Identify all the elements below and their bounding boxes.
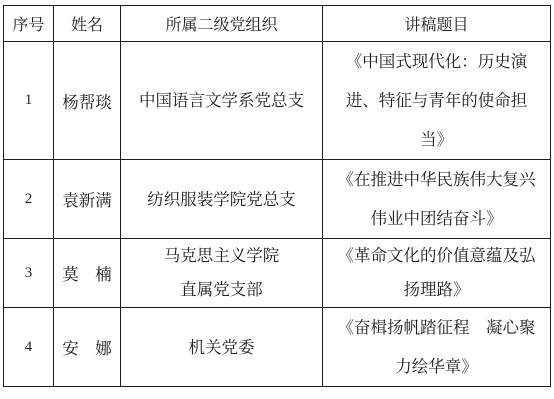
- table-row: 3 莫 楠 马克思主义学院 直属党支部 《革命文化的价值意蕴及弘 扬理路》: [4, 239, 551, 308]
- header-title: 讲稿题目: [323, 6, 551, 42]
- cell-org: 纺织服装学院党总支: [121, 160, 323, 239]
- org-line: 中国语言文学系党总支: [121, 81, 322, 120]
- title-line: 《奋楫扬帆踏征程 凝心聚: [323, 308, 550, 347]
- title-line: 《革命文化的价值意蕴及弘: [323, 239, 550, 273]
- org-line: 机关党委: [121, 328, 322, 367]
- cell-no: 1: [4, 42, 54, 160]
- cell-name: 袁新满: [54, 160, 121, 239]
- cell-title: 《中国式现代化：历史演 进、特征与青年的使命担 当》: [323, 42, 551, 160]
- org-line: 直属党支部: [121, 273, 322, 307]
- title-line: 进、特征与青年的使命担: [323, 81, 550, 120]
- cell-org: 马克思主义学院 直属党支部: [121, 239, 323, 308]
- cell-no: 4: [4, 308, 54, 387]
- title-line: 《在推进中华民族伟大复兴: [323, 160, 550, 199]
- cell-no: 3: [4, 239, 54, 308]
- table-row: 2 袁新满 纺织服装学院党总支 《在推进中华民族伟大复兴 伟业中团结奋斗》: [4, 160, 551, 239]
- title-line: 力绘华章》: [323, 347, 550, 386]
- cell-title: 《在推进中华民族伟大复兴 伟业中团结奋斗》: [323, 160, 551, 239]
- cell-title: 《奋楫扬帆踏征程 凝心聚 力绘华章》: [323, 308, 551, 387]
- cell-org: 中国语言文学系党总支: [121, 42, 323, 160]
- cell-org: 机关党委: [121, 308, 323, 387]
- org-line: 马克思主义学院: [121, 239, 322, 273]
- title-line: 扬理路》: [323, 273, 550, 307]
- table-header-row: 序号 姓名 所属二级党组织 讲稿题目: [4, 6, 551, 42]
- cell-title: 《革命文化的价值意蕴及弘 扬理路》: [323, 239, 551, 308]
- speech-roster-table: 序号 姓名 所属二级党组织 讲稿题目 1 杨帮琰 中国语言文学系党总支 《中国式…: [3, 5, 551, 387]
- cell-name: 莫 楠: [54, 239, 121, 308]
- cell-name: 安 娜: [54, 308, 121, 387]
- title-line: 当》: [323, 120, 550, 159]
- header-org: 所属二级党组织: [121, 6, 323, 42]
- table-row: 4 安 娜 机关党委 《奋楫扬帆踏征程 凝心聚 力绘华章》: [4, 308, 551, 387]
- cell-name: 杨帮琰: [54, 42, 121, 160]
- table-row: 1 杨帮琰 中国语言文学系党总支 《中国式现代化：历史演 进、特征与青年的使命担…: [4, 42, 551, 160]
- document-page: 序号 姓名 所属二级党组织 讲稿题目 1 杨帮琰 中国语言文学系党总支 《中国式…: [0, 0, 554, 399]
- header-name: 姓名: [54, 6, 121, 42]
- header-no: 序号: [4, 6, 54, 42]
- cell-no: 2: [4, 160, 54, 239]
- title-line: 伟业中团结奋斗》: [323, 199, 550, 238]
- title-line: 《中国式现代化：历史演: [323, 42, 550, 81]
- org-line: 纺织服装学院党总支: [121, 180, 322, 219]
